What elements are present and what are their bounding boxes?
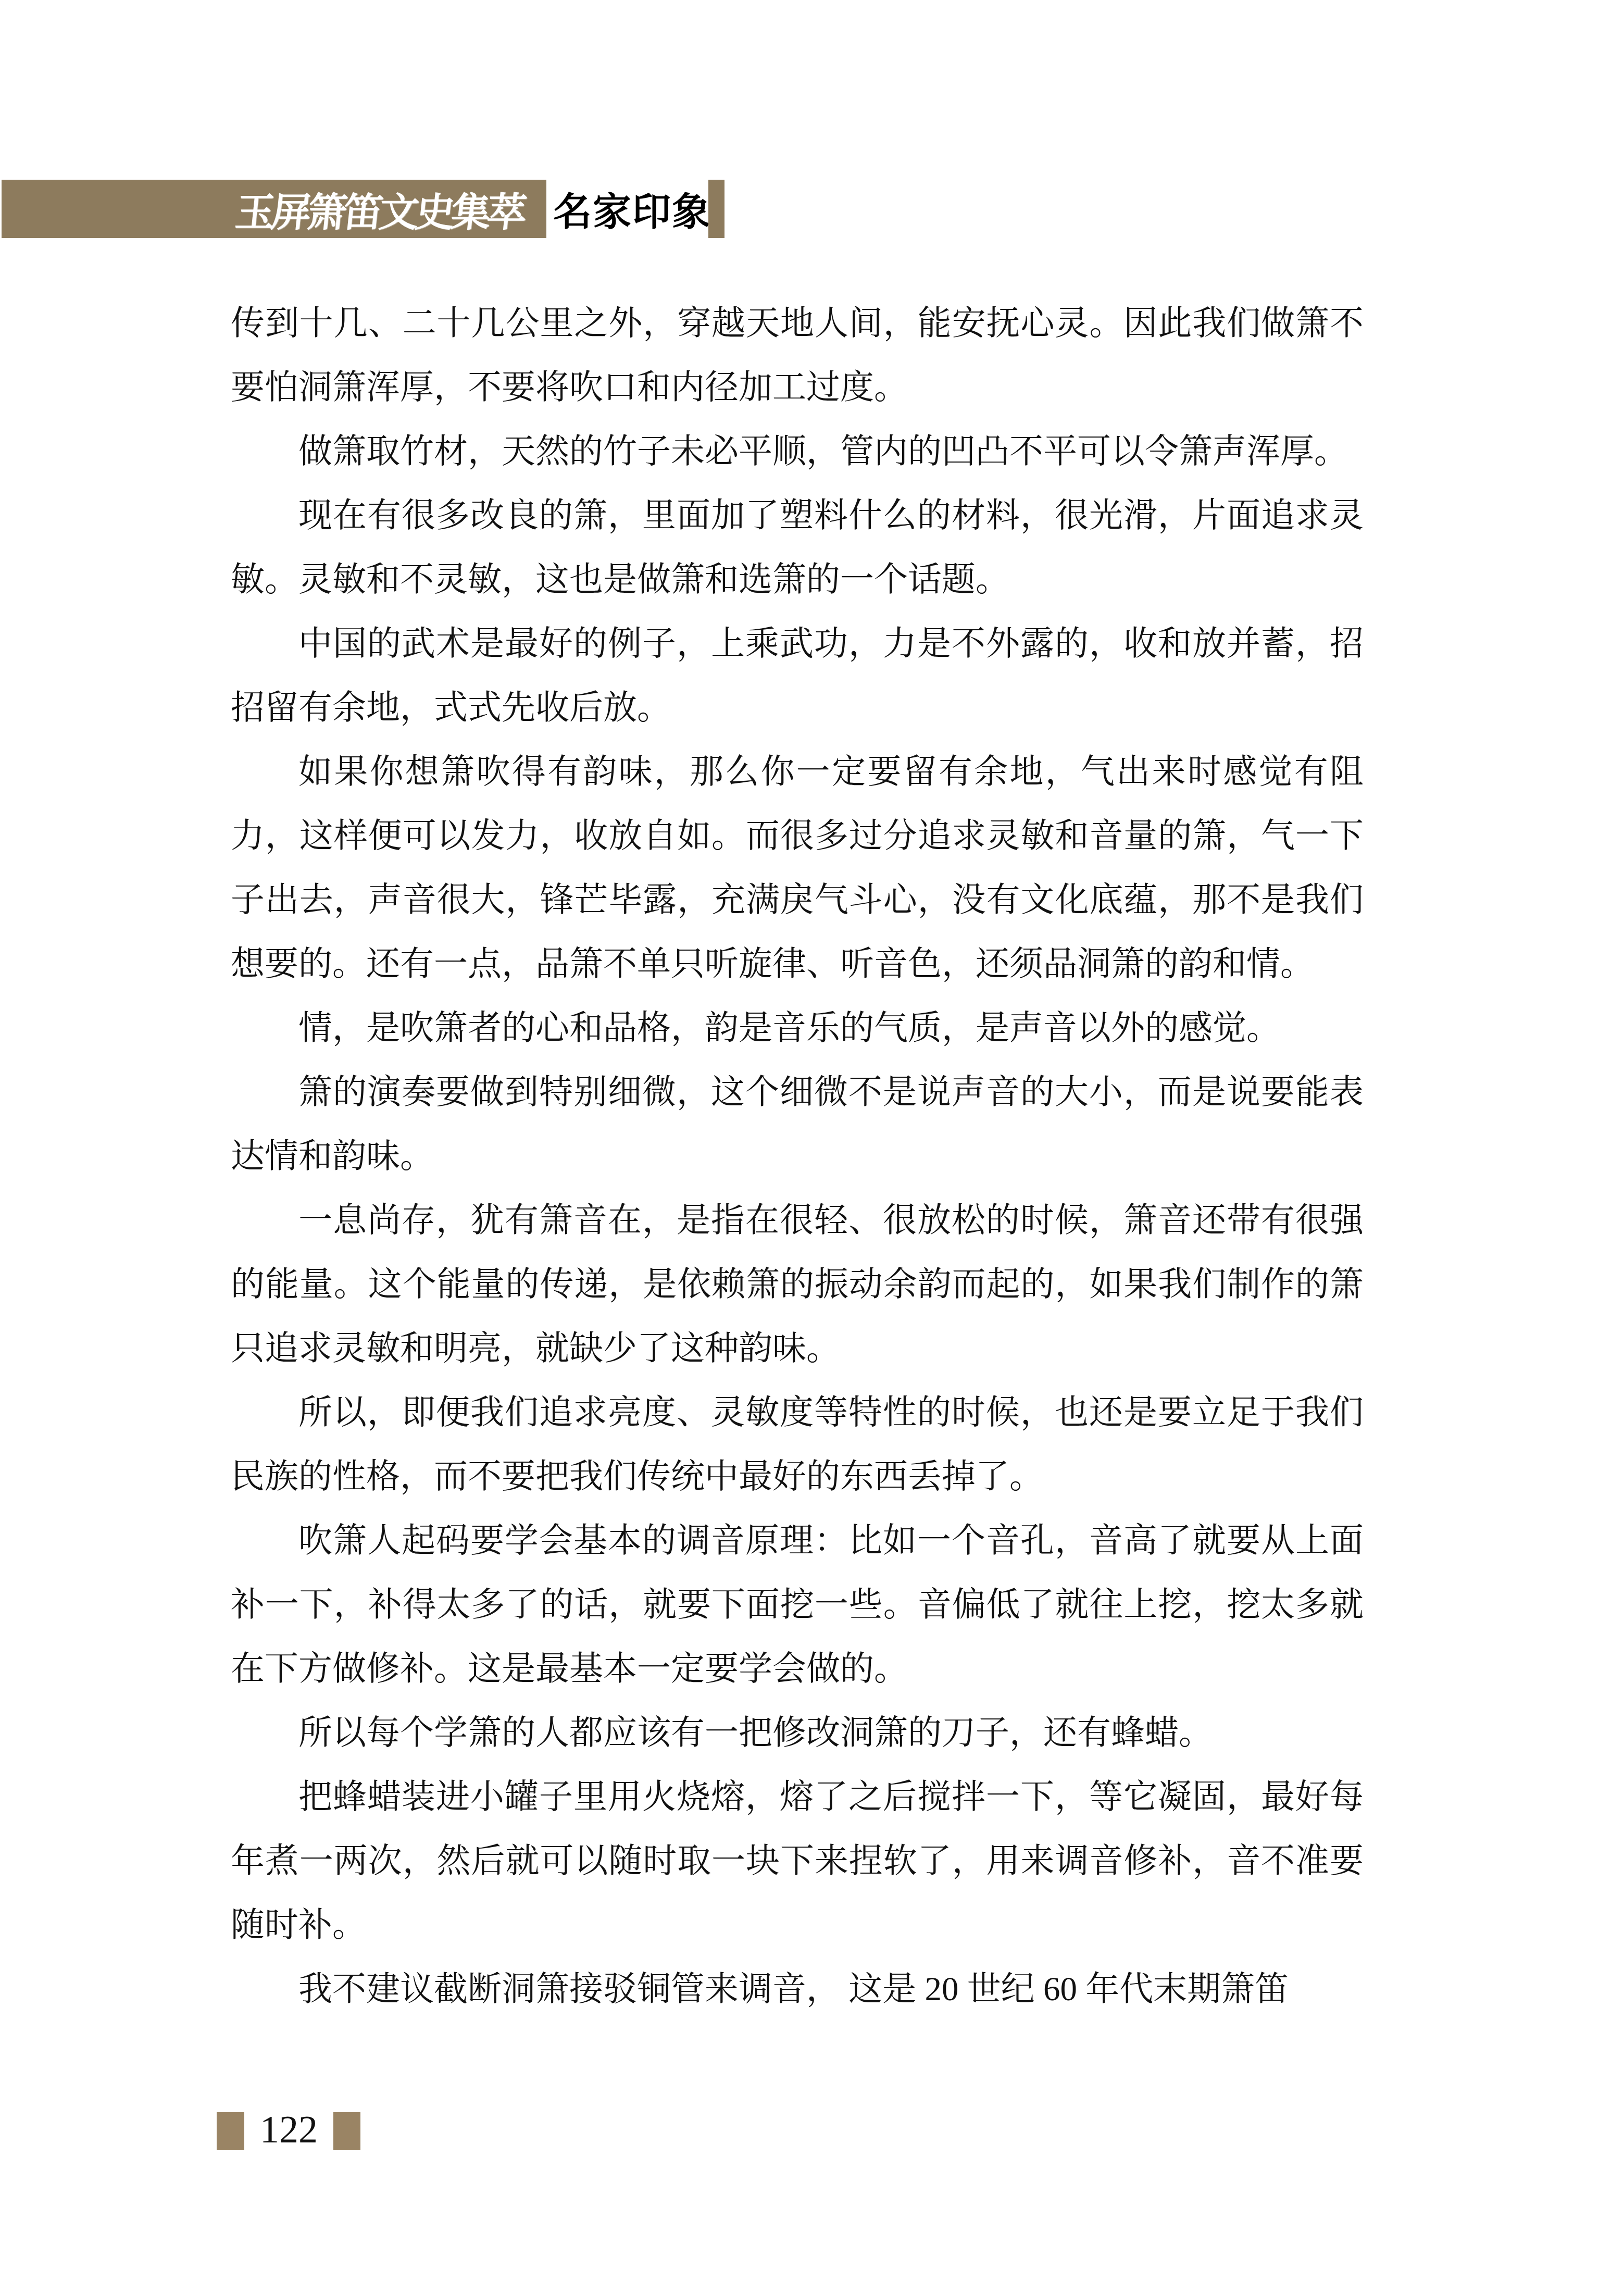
paragraph: 吹箫人起码要学会基本的调音原理：比如一个音孔，音高了就要从上面补一下，补得太多了… xyxy=(231,1509,1364,1701)
page-number: 122 xyxy=(244,2108,333,2152)
paragraph: 一息尚存，犹有箫音在，是指在很轻、很放松的时候，箫音还带有很强的能量。这个能量的… xyxy=(231,1189,1364,1381)
paragraph: 所以，即便我们追求亮度、灵敏度等特性的时候，也还是要立足于我们民族的性格，而不要… xyxy=(231,1381,1364,1509)
paragraph: 我不建议截断洞箫接驳铜管来调音， 这是 20 世纪 60 年代末期箫笛 xyxy=(231,1958,1364,2022)
paragraph: 现在有很多改良的箫，里面加了塑料什么的材料，很光滑，片面追求灵敏。灵敏和不灵敏，… xyxy=(231,484,1364,612)
paragraph: 传到十几、二十几公里之外，穿越天地人间，能安抚心灵。因此我们做箫不要怕洞箫浑厚，… xyxy=(231,292,1364,420)
header-bar: 玉屏箫笛文史集萃 xyxy=(2,180,546,238)
book-title-calligraphy: 玉屏箫笛文史集萃 xyxy=(233,181,526,238)
footer-square-right xyxy=(333,2112,360,2150)
body-text: 传到十几、二十几公里之外，穿越天地人间，能安抚心灵。因此我们做箫不要怕洞箫浑厚，… xyxy=(231,292,1364,2022)
paragraph: 把蜂蜡装进小罐子里用火烧熔，熔了之后搅拌一下，等它凝固，最好每年煮一两次，然后就… xyxy=(231,1765,1364,1958)
section-label: 名家印象 xyxy=(553,180,711,238)
paragraph: 情，是吹箫者的心和品格，韵是音乐的气质，是声音以外的感觉。 xyxy=(231,996,1364,1061)
header-accent-block xyxy=(708,180,724,238)
footer-square-left xyxy=(217,2112,244,2150)
paragraph: 如果你想箫吹得有韵味，那么你一定要留有余地，气出来时感觉有阻力，这样便可以发力，… xyxy=(231,740,1364,996)
paragraph: 中国的武术是最好的例子，上乘武功，力是不外露的，收和放并蓄，招招留有余地，式式先… xyxy=(231,612,1364,740)
paragraph: 箫的演奏要做到特别细微，这个细微不是说声音的大小，而是说要能表达情和韵味。 xyxy=(231,1061,1364,1189)
paragraph: 做箫取竹材，天然的竹子未必平顺，管内的凹凸不平可以令箫声浑厚。 xyxy=(231,420,1364,484)
paragraph: 所以每个学箫的人都应该有一把修改洞箫的刀子，还有蜂蜡。 xyxy=(231,1701,1364,1765)
